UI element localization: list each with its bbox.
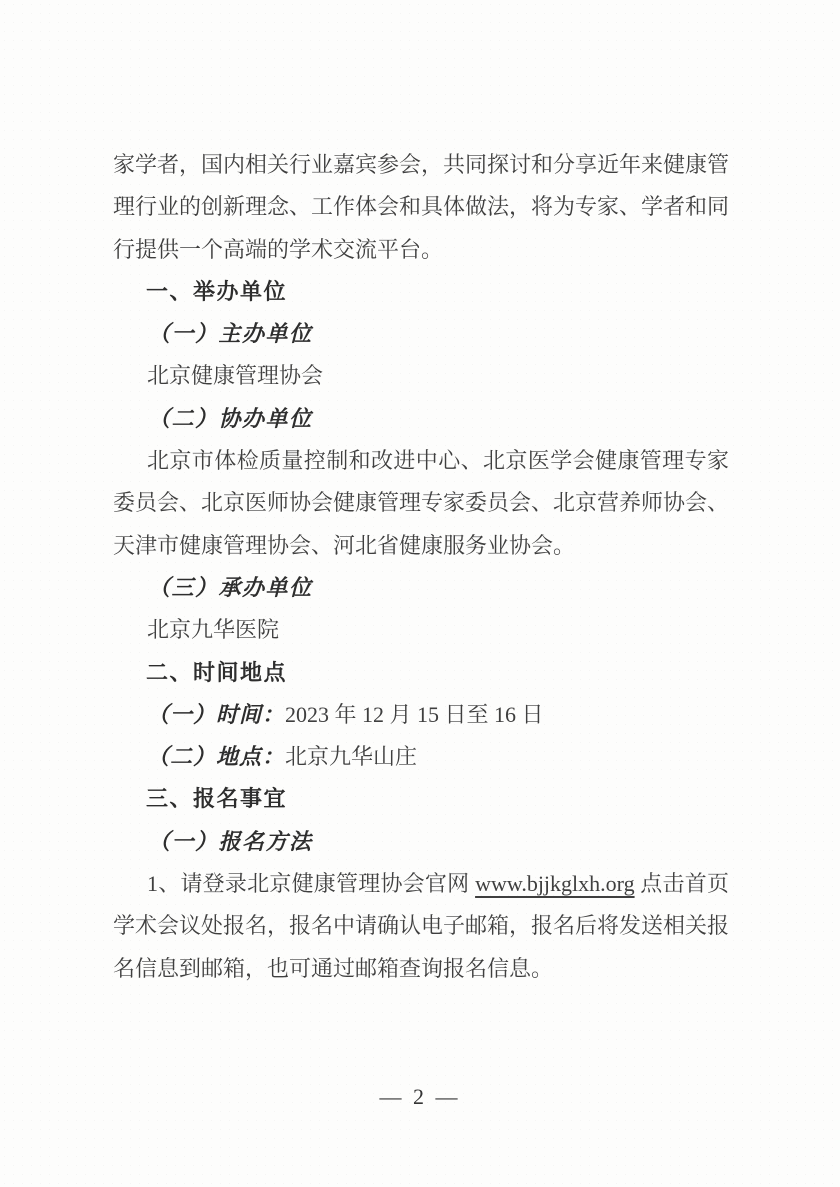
section3-sub1-heading: （一）报名方法 [113, 821, 729, 863]
time-label: （一）时间： [147, 702, 285, 727]
place-line: （二）地点：北京九华山庄 [113, 736, 729, 778]
registration-method-paragraph: 1、请登录北京健康管理协会官网 www.bjjkglxh.org 点击首页学术会… [113, 863, 729, 990]
registration-text-before: 1、请登录北京健康管理协会官网 [147, 871, 475, 896]
section3-heading: 三、报名事宜 [113, 778, 729, 820]
intro-paragraph: 家学者，国内相关行业嘉宾参会，共同探讨和分享近年来健康管理行业的创新理念、工作体… [113, 144, 729, 271]
association-website-url: www.bjjkglxh.org [475, 871, 635, 896]
section1-sub1-heading: （一）主办单位 [113, 313, 729, 355]
page-number: — 2 — [0, 1076, 840, 1118]
document-content: 家学者，国内相关行业嘉宾参会，共同探讨和分享近年来健康管理行业的创新理念、工作体… [113, 144, 729, 990]
place-label: （二）地点： [147, 744, 285, 769]
time-line: （一）时间：2023 年 12 月 15 日至 16 日 [113, 694, 729, 736]
document-page: 家学者，国内相关行业嘉宾参会，共同探讨和分享近年来健康管理行业的创新理念、工作体… [0, 0, 840, 1187]
time-value: 2023 年 12 月 15 日至 16 日 [285, 702, 544, 727]
section1-sub2-heading: （二）协办单位 [113, 398, 729, 440]
place-value: 北京九华山庄 [285, 744, 417, 769]
section2-heading: 二、时间地点 [113, 652, 729, 694]
section1-sub3-heading: （三）承办单位 [113, 567, 729, 609]
host-unit-text: 北京健康管理协会 [113, 355, 729, 397]
section1-heading: 一、举办单位 [113, 271, 729, 313]
co-organizers-paragraph: 北京市体检质量控制和改进中心、北京医学会健康管理专家委员会、北京医师协会健康管理… [113, 440, 729, 567]
undertaker-text: 北京九华医院 [113, 609, 729, 651]
